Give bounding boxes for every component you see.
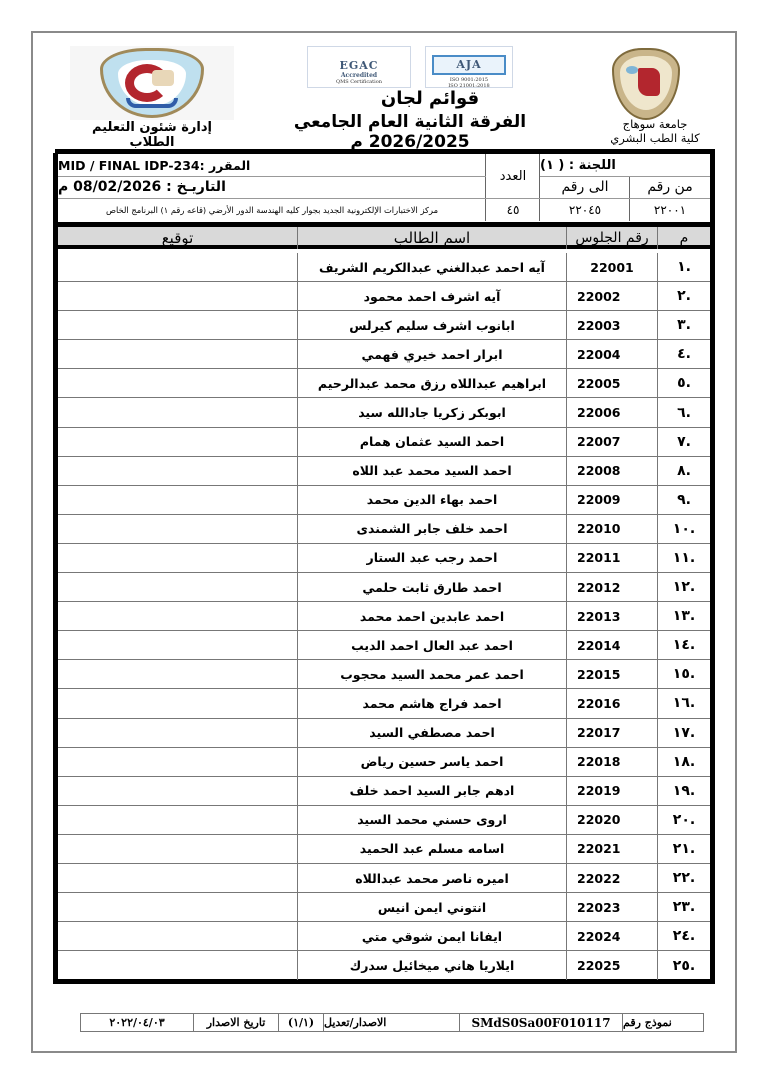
students-table: م رقم الجلوس اسم الطالب توقيع .١ 22001 آ… [53, 226, 715, 984]
table-row: .٢٤ 22024 ايفانا ايمن شوقي متي [58, 922, 710, 951]
course-label: المقرر :MID / FINAL IDP-234 [58, 154, 486, 176]
signature-field[interactable] [58, 544, 297, 572]
row-index: .١٧ [658, 719, 710, 747]
page-subtitle: الفرقة الثانية العام الجامعي 2026/2025 م [250, 112, 570, 152]
signature-field[interactable] [58, 777, 297, 805]
form-number: SMdS0Sa00F010117 [460, 1014, 622, 1031]
row-index: .٢ [658, 282, 710, 310]
row-index: .١٣ [658, 602, 710, 630]
col-signature: توقيع [58, 227, 297, 249]
seat-number: 22011 [567, 544, 657, 572]
student-name: ايلاريا هاني ميخائيل سدرك [298, 951, 566, 980]
table-row: .١١ 22011 احمد رجب عبد الستار [58, 544, 710, 573]
seat-number: 22018 [567, 748, 657, 776]
student-name: احمد خلف جابر الشمندى [298, 515, 566, 543]
seat-number: 22014 [567, 631, 657, 659]
row-index: .١٥ [658, 660, 710, 688]
col-seat-number: رقم الجلوس [567, 227, 657, 249]
student-affairs-logo [70, 46, 234, 120]
row-index: .١١ [658, 544, 710, 572]
student-name: احمد رجب عبد الستار [298, 544, 566, 572]
table-row: .٥ 22005 ابراهيم عبداللاه رزق محمد عبدال… [58, 369, 710, 398]
student-name: احمد طارق ثابت حلمي [298, 573, 566, 601]
seat-number: 22022 [567, 864, 657, 892]
table-row: .٧ 22007 احمد السيد عثمان همام [58, 428, 710, 457]
certification-logos: EGAC Accredited QMS Certification AJA IS… [307, 46, 514, 88]
department-label: إدارة شئون التعليم الطلاب [70, 120, 234, 150]
row-index: .٢٢ [658, 864, 710, 892]
seat-number: 22023 [567, 893, 657, 921]
signature-field[interactable] [58, 719, 297, 747]
version-value: (١/١) [279, 1014, 323, 1031]
table-row: .١٩ 22019 ادهم جابر السيد احمد خلف [58, 777, 710, 806]
student-name: اميره ناصر محمد عبداللاه [298, 864, 566, 892]
row-index: .٢١ [658, 835, 710, 863]
student-name: احمد عبد العال احمد الديب [298, 631, 566, 659]
student-name: احمد بهاء الدين محمد [298, 486, 566, 514]
university-label: جامعة سوهاج كلية الطب البشري [590, 117, 720, 145]
table-row: .٩ 22009 احمد بهاء الدين محمد [58, 486, 710, 515]
aja-certification-badge: AJA ISO 9001:2015 ISO 21001:2018 [425, 46, 513, 88]
table-row: .١٤ 22014 احمد عبد العال احمد الديب [58, 631, 710, 660]
signature-field[interactable] [58, 515, 297, 543]
count-label: العدد [486, 154, 540, 198]
row-index: .٦ [658, 398, 710, 426]
committee-label: اللجنة : ( ١) [540, 154, 710, 176]
table-row: .٢٢ 22022 اميره ناصر محمد عبداللاه [58, 864, 710, 893]
signature-field[interactable] [58, 311, 297, 339]
row-index: .١٦ [658, 689, 710, 717]
signature-field[interactable] [58, 864, 297, 892]
table-row: .١ 22001 آيه احمد عبدالغني عبدالكريم الش… [58, 253, 710, 282]
form-footer: نموذج رقم SMdS0Sa00F010117 الاصدار/تعديل… [80, 1013, 704, 1032]
row-index: .٤ [658, 340, 710, 368]
row-index: .٢٥ [658, 951, 710, 980]
student-name: احمد السيد محمد عبد اللاه [298, 457, 566, 485]
to-label: الى رقم [540, 176, 630, 198]
student-name: ابوبكر زكريا جادالله سيد [298, 398, 566, 426]
signature-field[interactable] [58, 369, 297, 397]
committee-info: اللجنة : ( ١) من رقم الى رقم ٢٢٠٠١ ٢٢٠٤٥… [53, 153, 715, 225]
seat-number: 22020 [567, 806, 657, 834]
signature-field[interactable] [58, 602, 297, 630]
row-index: .٣ [658, 311, 710, 339]
student-name: احمد عمر محمد السيد محجوب [298, 660, 566, 688]
seat-number: 22007 [567, 428, 657, 456]
form-number-label: نموذج رقم [623, 1014, 703, 1031]
row-index: .٢٤ [658, 922, 710, 950]
row-index: .١٠ [658, 515, 710, 543]
student-name: احمد عابدين احمد محمد [298, 602, 566, 630]
student-name: ابرار احمد خيري فهمي [298, 340, 566, 368]
table-row: .٨ 22008 احمد السيد محمد عبد اللاه [58, 457, 710, 486]
table-row: .١٣ 22013 احمد عابدين احمد محمد [58, 602, 710, 631]
signature-field[interactable] [58, 689, 297, 717]
seat-number: 22017 [567, 719, 657, 747]
seat-number: 22001 [567, 253, 657, 281]
seat-number: 22016 [567, 689, 657, 717]
row-index: .١٢ [658, 573, 710, 601]
table-row: .١٠ 22010 احمد خلف جابر الشمندى [58, 515, 710, 544]
seat-number: 22004 [567, 340, 657, 368]
student-name: احمد السيد عثمان همام [298, 428, 566, 456]
row-index: .٥ [658, 369, 710, 397]
signature-field[interactable] [58, 340, 297, 368]
student-name: احمد مصطفي السيد [298, 719, 566, 747]
signature-field[interactable] [58, 806, 297, 834]
seat-number: 22005 [567, 369, 657, 397]
signature-field[interactable] [58, 457, 297, 485]
table-row: .١٨ 22018 احمد ياسر حسين رياض [58, 748, 710, 777]
col-index: م [658, 227, 710, 249]
exam-date: التاريـخ : 08/02/2026 م [58, 176, 486, 198]
table-row: .١٦ 22016 احمد فراج هاشم محمد [58, 689, 710, 718]
signature-field[interactable] [58, 748, 297, 776]
issue-date: ٢٠٢٢/٠٤/٠٣ [81, 1014, 193, 1031]
row-index: .١٨ [658, 748, 710, 776]
row-index: .٩ [658, 486, 710, 514]
student-name: آيه اشرف احمد محمود [298, 282, 566, 310]
seat-number: 22024 [567, 922, 657, 950]
seat-number: 22015 [567, 660, 657, 688]
to-value: ٢٢٠٤٥ [540, 198, 630, 221]
table-row: .٢١ 22021 اسامه مسلم عبد الحميد [58, 835, 710, 864]
count-value: ٤٥ [486, 198, 540, 221]
from-value: ٢٢٠٠١ [630, 198, 710, 221]
row-index: .١ [658, 253, 710, 281]
row-index: .٨ [658, 457, 710, 485]
seat-number: 22006 [567, 398, 657, 426]
version-label: الاصدار/تعديل [324, 1014, 459, 1031]
seat-number: 22002 [567, 282, 657, 310]
student-name: احمد فراج هاشم محمد [298, 689, 566, 717]
seat-number: 22025 [567, 951, 657, 980]
signature-field[interactable] [58, 631, 297, 659]
signature-field[interactable] [58, 428, 297, 456]
student-name: ادهم جابر السيد احمد خلف [298, 777, 566, 805]
row-index: .٢٠ [658, 806, 710, 834]
egac-accreditation-badge: EGAC Accredited QMS Certification [307, 46, 411, 88]
table-row: .٤ 22004 ابرار احمد خيري فهمي [58, 340, 710, 369]
signature-field[interactable] [58, 486, 297, 514]
table-row: .٢ 22002 آيه اشرف احمد محمود [58, 282, 710, 311]
student-name: آيه احمد عبدالغني عبدالكريم الشريف [298, 253, 566, 281]
table-row: .٢٣ 22023 انتوني ايمن انيس [58, 893, 710, 922]
table-row: .٢٠ 22020 اروى حسني محمد السيد [58, 806, 710, 835]
seat-number: 22019 [567, 777, 657, 805]
table-row: .٣ 22003 ابانوب اشرف سليم كيرلس [58, 311, 710, 340]
issue-date-label: تاريخ الاصدار [194, 1014, 278, 1031]
table-header: م رقم الجلوس اسم الطالب توقيع [58, 227, 710, 249]
table-row: .٢٥ 22025 ايلاريا هاني ميخائيل سدرك [58, 951, 710, 980]
student-name: ابانوب اشرف سليم كيرلس [298, 311, 566, 339]
seat-number: 22013 [567, 602, 657, 630]
row-index: .١٩ [658, 777, 710, 805]
row-index: .٧ [658, 428, 710, 456]
table-row: .١٥ 22015 احمد عمر محمد السيد محجوب [58, 660, 710, 689]
student-name: اسامه مسلم عبد الحميد [298, 835, 566, 863]
table-row: .١٧ 22017 احمد مصطفي السيد [58, 719, 710, 748]
table-body: .١ 22001 آيه احمد عبدالغني عبدالكريم الش… [58, 253, 710, 980]
seat-number: 22008 [567, 457, 657, 485]
sohag-university-logo [606, 46, 686, 124]
student-name: انتوني ايمن انيس [298, 893, 566, 921]
signature-field[interactable] [58, 573, 297, 601]
exam-location: مركز الاختبارات الإلكترونية الجديد بجوار… [58, 198, 486, 221]
seat-number: 22009 [567, 486, 657, 514]
student-name: اروى حسني محمد السيد [298, 806, 566, 834]
student-name: ايفانا ايمن شوقي متي [298, 922, 566, 950]
table-row: .١٢ 22012 احمد طارق ثابت حلمي [58, 573, 710, 602]
page-title: قوائم لجان [300, 88, 560, 109]
student-name: ابراهيم عبداللاه رزق محمد عبدالرحيم [298, 369, 566, 397]
signature-field[interactable] [58, 660, 297, 688]
from-label: من رقم [630, 176, 710, 198]
signature-field[interactable] [58, 951, 297, 980]
faculty-name: كلية الطب البشري [590, 131, 720, 145]
seat-number: 22003 [567, 311, 657, 339]
signature-field[interactable] [58, 893, 297, 921]
signature-field[interactable] [58, 835, 297, 863]
seat-number: 22010 [567, 515, 657, 543]
student-name: احمد ياسر حسين رياض [298, 748, 566, 776]
table-row: .٦ 22006 ابوبكر زكريا جادالله سيد [58, 398, 710, 427]
signature-field[interactable] [58, 253, 297, 281]
row-index: .٢٣ [658, 893, 710, 921]
row-index: .١٤ [658, 631, 710, 659]
seat-number: 22021 [567, 835, 657, 863]
seat-number: 22012 [567, 573, 657, 601]
col-student-name: اسم الطالب [298, 227, 566, 249]
university-name: جامعة سوهاج [590, 117, 720, 131]
signature-field[interactable] [58, 398, 297, 426]
signature-field[interactable] [58, 282, 297, 310]
signature-field[interactable] [58, 922, 297, 950]
